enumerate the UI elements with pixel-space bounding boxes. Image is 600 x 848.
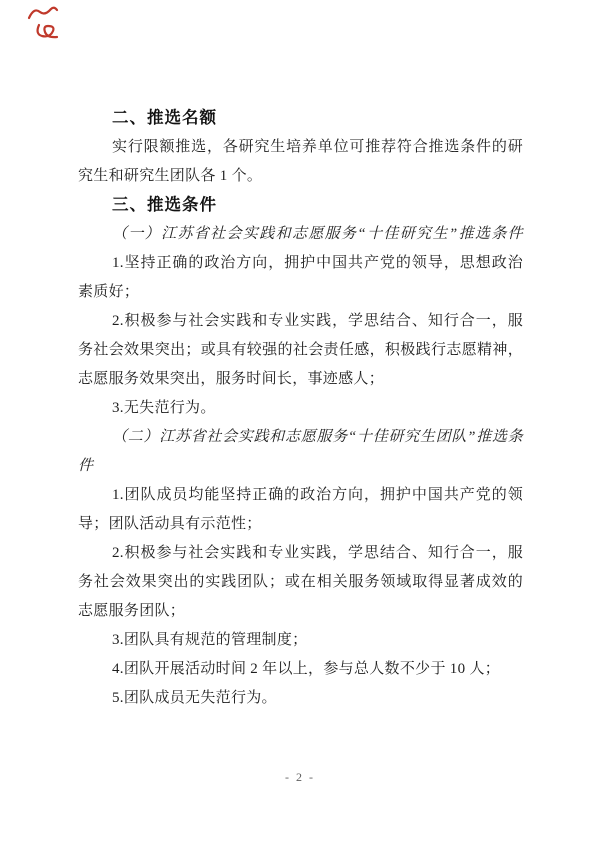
section-heading-quota: 二、推选名额 [78,104,523,133]
criteria-2-item-4: 4.团队开展活动时间 2 年以上，参与总人数不少于 10 人； [78,655,523,684]
criteria-2-item-2-line-2: 务社会效果突出的实践团队；或在相关服务领域取得显著成效的 [78,568,523,597]
red-ink-mark-top-icon [26,4,60,24]
document-body: 二、推选名额实行限额推选，各研究生培养单位可推荐符合推选条件的研究生和研究生团队… [78,104,523,713]
criteria-1-item-1-line-1: 1.坚持正确的政治方向，拥护中国共产党的领导，思想政治 [78,249,523,278]
criteria-2-item-1-line-1: 1.团队成员均能坚持正确的政治方向，拥护中国共产党的领 [78,481,523,510]
para-quota-line-2: 究生和研究生团队各 1 个。 [78,162,523,191]
criteria-2-item-2-line-3: 志愿服务团队； [78,597,523,626]
criteria-1-item-2-line-2: 务社会效果突出；或具有较强的社会责任感，积极践行志愿精神， [78,336,523,365]
criteria-2-item-1-line-2: 导；团队活动具有示范性； [78,510,523,539]
criteria-1-item-3: 3.无失范行为。 [78,394,523,423]
page-number: - 2 - [0,770,600,785]
para-quota-line-1: 实行限额推选，各研究生培养单位可推荐符合推选条件的研 [78,133,523,162]
criteria-1-item-1-line-2: 素质好； [78,278,523,307]
criteria-2-item-2-line-1: 2.积极参与社会实践和专业实践，学思结合、知行合一，服 [78,539,523,568]
red-ink-annotations [24,2,68,44]
subsection-2-heading-line-1: （二）江苏省社会实践和志愿服务“十佳研究生团队”推选条 [78,423,523,452]
criteria-1-item-2-line-3: 志愿服务效果突出，服务时间长，事迹感人； [78,365,523,394]
subsection-2-heading-line-2: 件 [78,452,523,481]
section-heading-criteria: 三、推选条件 [78,191,523,220]
criteria-2-item-3: 3.团队具有规范的管理制度； [78,626,523,655]
criteria-2-item-5: 5.团队成员无失范行为。 [78,684,523,713]
document-page: 二、推选名额实行限额推选，各研究生培养单位可推荐符合推选条件的研究生和研究生团队… [0,0,600,848]
subsection-1-heading: （一）江苏省社会实践和志愿服务“十佳研究生”推选条件 [78,220,523,249]
red-ink-mark-bottom-icon [33,22,61,42]
criteria-1-item-2-line-1: 2.积极参与社会实践和专业实践，学思结合、知行合一，服 [78,307,523,336]
